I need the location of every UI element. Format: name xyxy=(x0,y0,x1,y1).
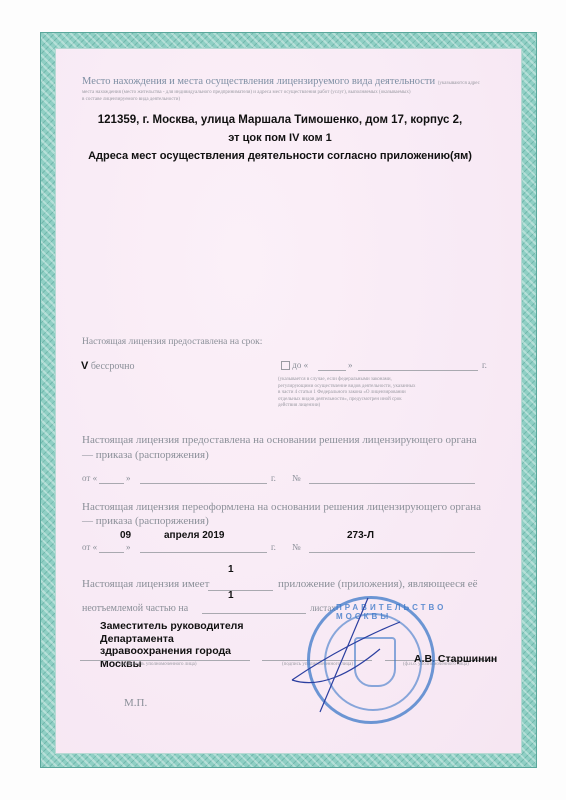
granted-mid: » xyxy=(126,473,131,483)
term-indefinite-option: V бессрочно xyxy=(81,360,135,372)
granted-heading-2: — приказа (распоряжения) xyxy=(82,449,209,461)
granted-number-line xyxy=(309,483,475,484)
granted-year: г. xyxy=(271,473,276,483)
address-line-2: эт цок пом IV ком 1 xyxy=(60,132,500,144)
reissued-mid: » xyxy=(126,542,131,552)
granted-no: № xyxy=(292,473,301,483)
address-line-3: Адреса мест осуществления деятельности с… xyxy=(60,150,500,162)
reissued-number: 273-Л xyxy=(347,530,374,541)
appendix-text-2: приложение (приложения), являющееся её xyxy=(278,578,478,590)
address-line-1: 121359, г. Москва, улица Маршала Тимошен… xyxy=(60,114,500,126)
position-line xyxy=(80,660,250,661)
reissued-from: от « xyxy=(82,542,97,552)
granted-date-line xyxy=(140,483,267,484)
reissued-no: № xyxy=(292,542,301,552)
appendix-sheets: 1 xyxy=(228,590,234,601)
term-until-mid: » xyxy=(348,360,353,370)
signature-scribble xyxy=(290,594,410,714)
reissued-day-line xyxy=(99,552,124,553)
location-heading-text: Место нахождения и места осуществления л… xyxy=(82,76,435,87)
granted-from: от « xyxy=(82,473,97,483)
appendix-count: 1 xyxy=(228,564,234,575)
term-indefinite-label: бессрочно xyxy=(91,361,135,372)
appendix-count-line xyxy=(208,590,273,591)
location-note-2: места нахождения (место жительства - для… xyxy=(82,90,522,97)
term-until-option: до « xyxy=(281,360,308,370)
caption-position: (должность уполномоченного лица) xyxy=(120,662,197,669)
term-note: (указывается в случае, если федеральными… xyxy=(278,377,418,410)
location-note-3: в составе лицензируемого вида деятельнос… xyxy=(82,97,522,104)
reissued-month-year: апреля 2019 xyxy=(164,530,224,541)
seal-place: М.П. xyxy=(124,697,147,709)
granted-day-line xyxy=(99,483,124,484)
reissued-number-line xyxy=(309,552,475,553)
reissued-year: г. xyxy=(271,542,276,552)
reissued-heading-2: — приказа (распоряжения) xyxy=(82,515,209,527)
granted-heading-1: Настоящая лицензия предоставлена на осно… xyxy=(82,434,522,446)
reissued-date-line xyxy=(140,552,267,553)
term-until-prefix: до « xyxy=(292,360,308,370)
location-heading: Место нахождения и места осуществления л… xyxy=(82,76,522,88)
check-mark-icon: V xyxy=(81,360,88,372)
term-until-suffix: г. xyxy=(482,360,487,370)
reissued-heading-1: Настоящая лицензия переоформлена на осно… xyxy=(82,501,522,513)
term-date-line xyxy=(358,370,478,371)
location-note: (указываются адрес xyxy=(438,81,480,86)
term-heading: Настоящая лицензия предоставлена на срок… xyxy=(82,337,262,347)
reissued-day: 09 xyxy=(120,530,131,541)
term-day-line xyxy=(318,370,346,371)
appendix-text-3: неотъемлемой частью на xyxy=(82,603,188,614)
appendix-text-1: Настоящая лицензия имеет xyxy=(82,578,209,590)
checkbox-icon xyxy=(281,361,290,370)
